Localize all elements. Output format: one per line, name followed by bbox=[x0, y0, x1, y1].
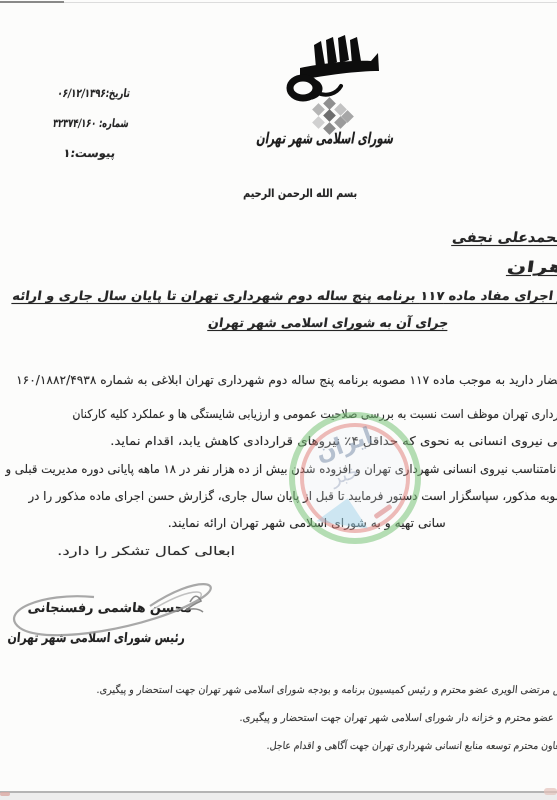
number-value: ۳۲۳۷۴/۱۶۰ bbox=[52, 116, 97, 130]
bismillah: بسم الله الرحمن الرحیم bbox=[243, 186, 357, 200]
number-field: شماره: ۳۲۳۷۴/۱۶۰ bbox=[53, 116, 130, 130]
body-line-6: سانی تهیه و به شورای اسلامی شهر تهران ار… bbox=[168, 516, 446, 531]
body-line-2: هرداری تهران موظف است نسبت به بررسی صلاح… bbox=[72, 407, 557, 422]
cc-line-3: معاون محترم توسعه منابع انسانی شهرداری ت… bbox=[266, 740, 557, 753]
scan-smudge-bottom-left bbox=[0, 792, 10, 796]
body-line-5: سوبه مذکور، سپاسگزار است دستور فرمایید ت… bbox=[28, 489, 557, 504]
date-field: تاریخ:۰۶/۱۲/۱۳۹۶ bbox=[57, 86, 131, 100]
attachment-field: پیوست:۱ bbox=[62, 146, 116, 160]
body-line-3: می نیروی انسانی به نحوی که حداقل ۴٪ نیرو… bbox=[110, 434, 557, 449]
cc-line-2: ی عضو محترم و خزانه دار شورای اسلامی شهر… bbox=[239, 712, 557, 725]
body-line-4: ر نامتناسب نیروی انسانی شهرداری تهران و … bbox=[5, 462, 557, 477]
subject-line-2: جرای آن به شورای اسلامی شهر تهران bbox=[207, 315, 449, 331]
cc-line-1: س مرتضی الویری عضو محترم و رئیس کمیسیون … bbox=[96, 684, 557, 697]
date-label: تاریخ: bbox=[105, 86, 131, 100]
attachment-label: پیوست: bbox=[69, 146, 116, 160]
body-line-1: حضار دارید به موجب ماده ۱۱۷ مصوبه برنامه… bbox=[16, 373, 557, 388]
scan-edge-top-dark bbox=[0, 1, 64, 3]
recipient-title-line: هران bbox=[505, 258, 557, 277]
date-value: ۰۶/۱۲/۱۳۹۶ bbox=[57, 86, 107, 100]
scanned-letter-page: شورای اسلامی شهر تهران تاریخ:۰۶/۱۲/۱۳۹۶ … bbox=[0, 0, 557, 800]
signature-scribble-icon bbox=[2, 566, 234, 656]
scan-smudge-bottom-right bbox=[544, 788, 557, 795]
subject-line-1: ر اجرای مفاد ماده ۱۱۷ برنامه پنج ساله دو… bbox=[11, 288, 557, 304]
number-label: شماره: bbox=[98, 116, 130, 130]
org-name-calligraphy: شورای اسلامی شهر تهران bbox=[256, 130, 395, 150]
council-calligraphy-icon bbox=[285, 30, 385, 106]
scan-edge-top-faint bbox=[64, 2, 557, 3]
scan-edge-bottom-strip bbox=[0, 793, 557, 800]
body-line-7: ابعالی کمال تشکر را دارد. bbox=[57, 544, 235, 559]
council-emblem-icon bbox=[285, 30, 385, 106]
recipient-name-line: محمدعلی نجفی bbox=[451, 230, 557, 248]
